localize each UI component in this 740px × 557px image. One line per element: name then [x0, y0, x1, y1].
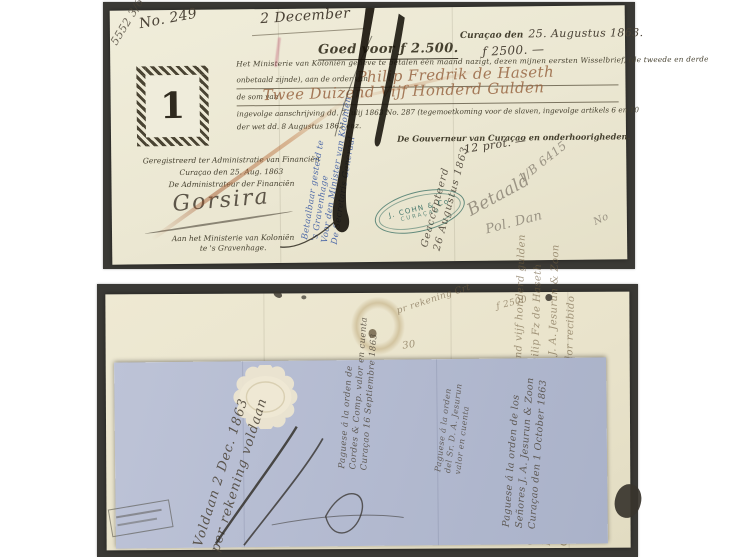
rect-stamp-line — [117, 518, 157, 526]
ink-speck — [301, 295, 306, 299]
photo-bottom: pr rekening Crt ƒ 2500 30 Ontvangen de s… — [97, 284, 638, 557]
rect-stamp-line — [116, 509, 162, 518]
blue-letter: Voldaan 2 Dec. 1863 per rekening voldaan… — [114, 357, 608, 548]
back-note: pr rekening Crt — [395, 283, 471, 317]
bill-front: 5552 3/6 No. 249 2 December Curaçao den … — [110, 5, 628, 264]
back-note: 30 — [402, 339, 417, 352]
ink-cancellation-marks — [110, 5, 628, 264]
endorsement-center-2: Paguese á la orden del Sr. D. A. Jesurun… — [433, 382, 474, 475]
endorsement-right: Paguese á la orden de los Señores J. A. … — [500, 376, 550, 530]
rect-stamp — [108, 499, 174, 537]
ink-speck — [272, 290, 283, 300]
signature-flourish — [175, 419, 426, 548]
fold-crease — [450, 293, 451, 363]
photo-top: 5552 3/6 No. 249 2 December Curaçao den … — [103, 2, 635, 269]
fold-crease — [263, 294, 264, 364]
